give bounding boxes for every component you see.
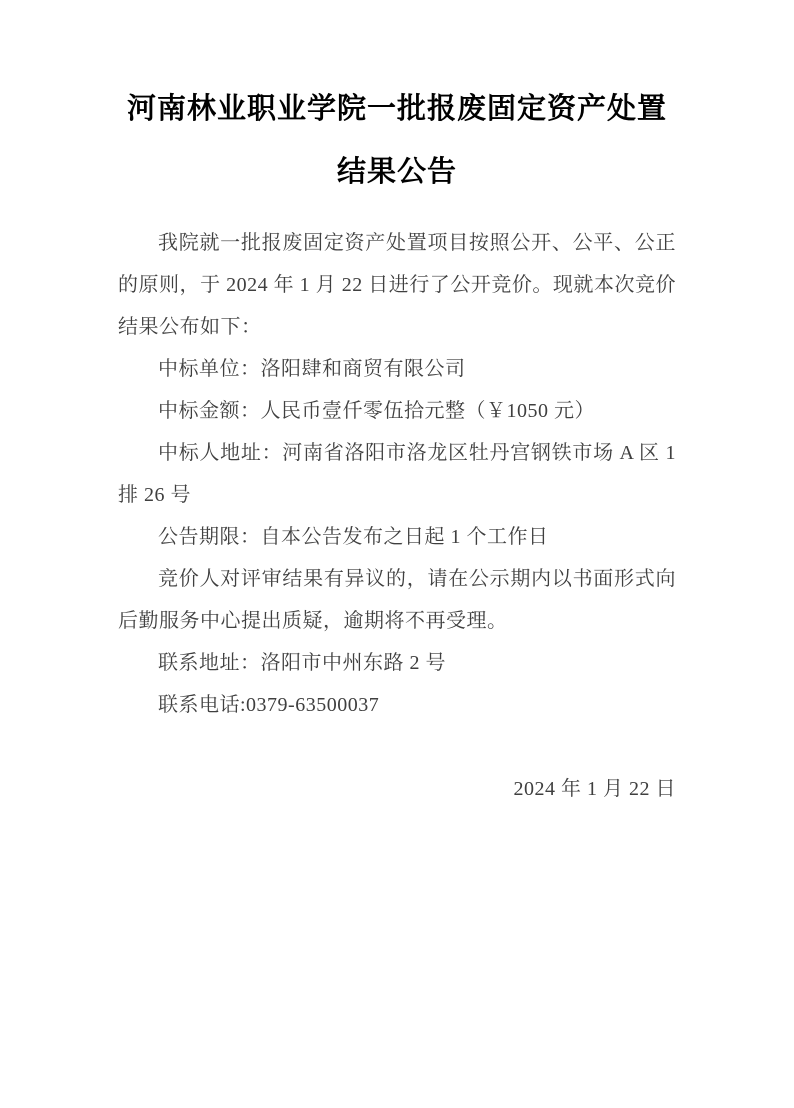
document-title-line-1: 河南林业职业学院一批报废固定资产处置 xyxy=(118,78,676,141)
paragraph-intro: 我院就一批报废固定资产处置项目按照公开、公平、公正的原则，于 2024 年 1 … xyxy=(118,222,676,348)
document-body: 我院就一批报废固定资产处置项目按照公开、公平、公正的原则，于 2024 年 1 … xyxy=(118,222,676,810)
paragraph-winning-bidder: 中标单位：洛阳肆和商贸有限公司 xyxy=(118,348,676,390)
paragraph-contact-address: 联系地址：洛阳市中州东路 2 号 xyxy=(118,642,676,684)
document-date: 2024 年 1 月 22 日 xyxy=(118,768,676,810)
paragraph-announcement-period: 公告期限：自本公告发布之日起 1 个工作日 xyxy=(118,516,676,558)
document-title-line-2: 结果公告 xyxy=(118,141,676,204)
paragraph-winning-amount: 中标金额：人民币壹仟零伍拾元整（￥1050 元） xyxy=(118,390,676,432)
document-title: 河南林业职业学院一批报废固定资产处置 结果公告 xyxy=(118,78,676,204)
document-page: 河南林业职业学院一批报废固定资产处置 结果公告 我院就一批报废固定资产处置项目按… xyxy=(0,0,794,1108)
paragraph-bidder-address: 中标人地址：河南省洛阳市洛龙区牡丹宫钢铁市场 A 区 1 排 26 号 xyxy=(118,432,676,516)
document-content: 河南林业职业学院一批报废固定资产处置 结果公告 我院就一批报废固定资产处置项目按… xyxy=(118,0,676,810)
paragraph-contact-phone: 联系电话:0379-63500037 xyxy=(118,684,676,726)
paragraph-objection-notice: 竞价人对评审结果有异议的，请在公示期内以书面形式向后勤服务中心提出质疑，逾期将不… xyxy=(118,558,676,642)
